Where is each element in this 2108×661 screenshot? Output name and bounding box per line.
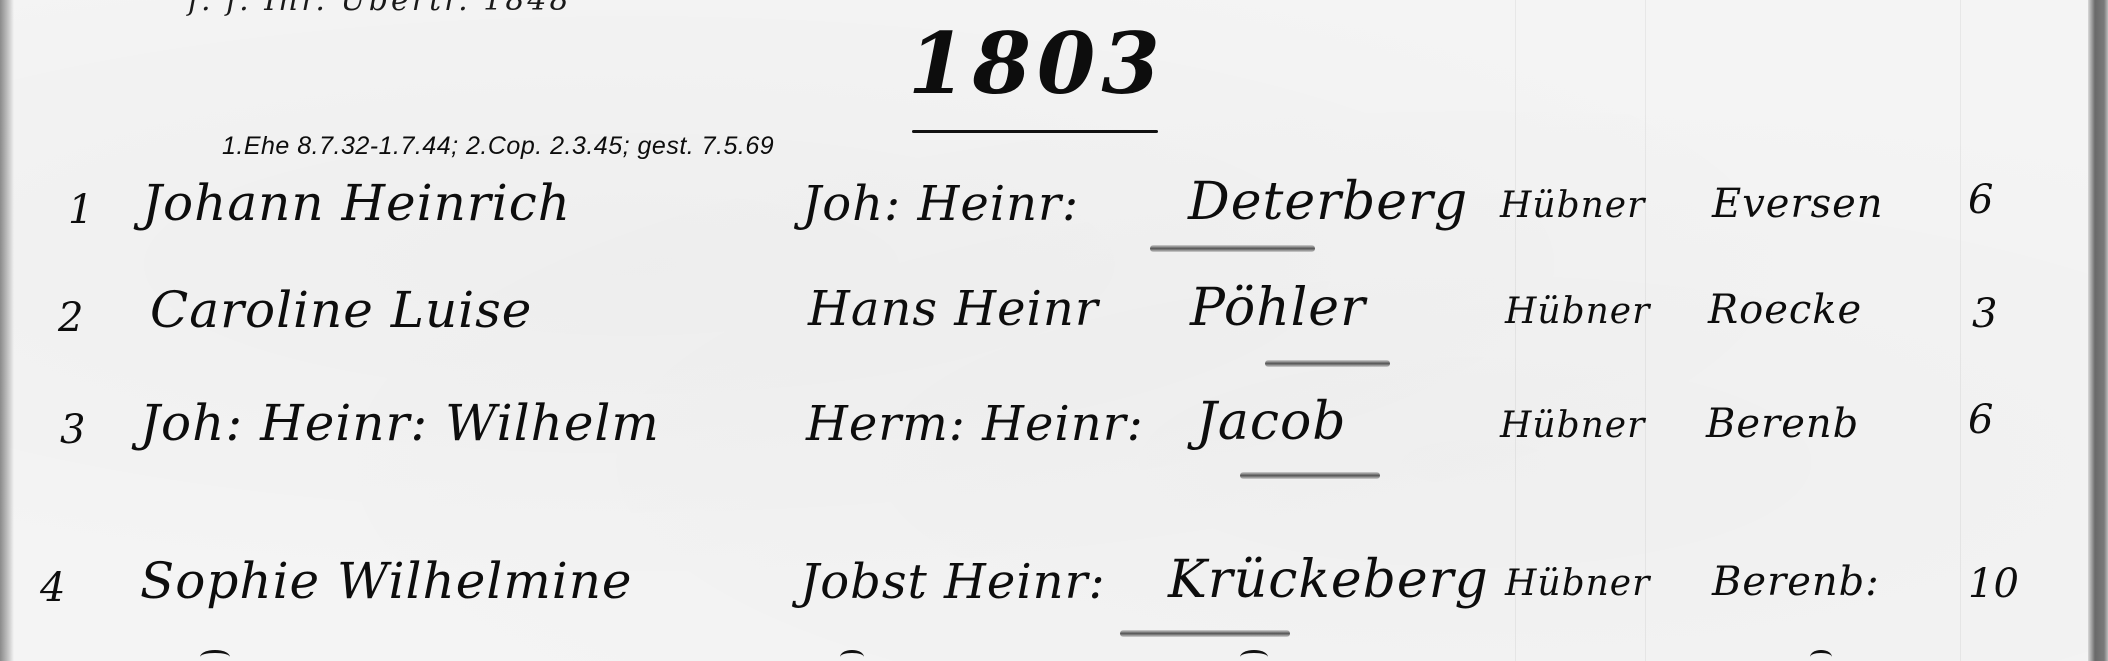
- cutoff-ink-stroke: [200, 650, 230, 661]
- surname: Pöhler: [1190, 282, 1366, 334]
- father-given-names: Joh: Heinr:: [802, 180, 1079, 228]
- entry-number: 2: [58, 298, 83, 338]
- father-given-names: Herm: Heinr:: [806, 400, 1144, 448]
- page-right-binding-edge: [2088, 0, 2108, 661]
- year-underline: [912, 130, 1158, 133]
- place: Berenb:: [1712, 562, 1880, 602]
- pencil-annotation: 1.Ehe 8.7.32-1.7.44; 2.Cop. 2.3.45; gest…: [222, 134, 774, 159]
- child-name: Joh: Heinr: Wilhelm: [140, 398, 660, 448]
- status: Hübner: [1505, 566, 1650, 602]
- place: Eversen: [1712, 184, 1884, 224]
- child-count: 10: [1968, 564, 2019, 604]
- cutoff-ink-stroke: [1810, 650, 1832, 661]
- surname-underline-mark: [1120, 630, 1290, 637]
- child-name: Sophie Wilhelmine: [140, 556, 633, 606]
- status: Hübner: [1500, 188, 1645, 224]
- father-given-names: Hans Heinr: [808, 285, 1099, 333]
- page-left-shadow: [0, 0, 14, 661]
- surname-underline-mark: [1150, 245, 1315, 252]
- status: Hübner: [1500, 408, 1645, 444]
- entry-number: 3: [60, 410, 85, 450]
- child-count: 6: [1968, 180, 1993, 220]
- top-margin-note: f. f. Ihr. Übertr. 1848: [188, 0, 572, 16]
- place: Berenb: [1706, 404, 1859, 444]
- cutoff-ink-stroke: [840, 650, 864, 661]
- surname: Krückeberg: [1168, 554, 1489, 606]
- cutoff-ink-stroke: [1240, 650, 1268, 661]
- surname-underline-mark: [1240, 472, 1380, 479]
- child-name: Caroline Luise: [150, 285, 532, 335]
- entry-number: 4: [40, 568, 65, 608]
- place: Roecke: [1708, 290, 1862, 330]
- surname: Deterberg: [1188, 176, 1468, 228]
- father-given-names: Jobst Heinr:: [800, 558, 1106, 606]
- column-ruling-line: [1960, 0, 1961, 661]
- status: Hübner: [1505, 294, 1650, 330]
- surname-underline-mark: [1265, 360, 1390, 367]
- entry-number: 1: [68, 190, 93, 230]
- child-count: 3: [1972, 294, 1997, 334]
- year-heading: 1803: [908, 22, 1166, 106]
- child-count: 6: [1968, 400, 1993, 440]
- child-name: Johann Heinrich: [142, 178, 571, 228]
- surname: Jacob: [1196, 396, 1347, 448]
- register-page: f. f. Ihr. Übertr. 1848 1803 1.Ehe 8.7.3…: [0, 0, 2108, 661]
